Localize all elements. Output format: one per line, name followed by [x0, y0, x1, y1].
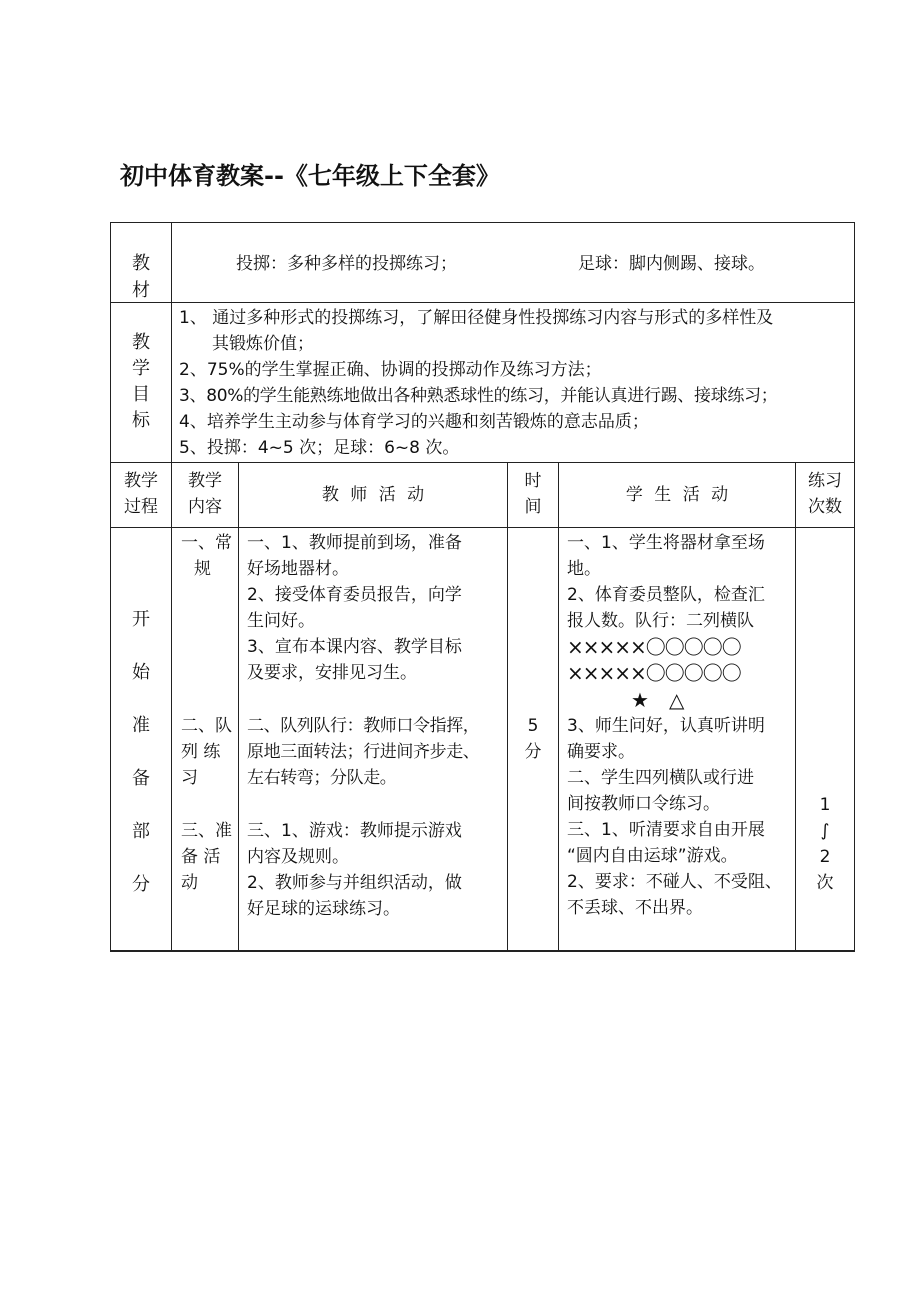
header-line: 教学 [111, 468, 171, 494]
material-throwing: 投掷：多种多样的投掷练习； [236, 251, 457, 277]
teacher-line: 三、1、游戏：教师提示游戏 [247, 818, 462, 844]
teacher-line: 一、1、教师提前到场，准备 [247, 530, 462, 556]
teacher-line: 2、教师参与并组织活动，做 [247, 870, 462, 896]
time-unit: 分 [508, 739, 558, 765]
objective-line-1b: 其锻炼价值； [212, 331, 314, 357]
practice-count: 1 ∫ 2 次 [796, 792, 854, 896]
count-line: ∫ [796, 818, 854, 844]
header-student-activity: 学 生 活 动 [559, 482, 795, 508]
student-line: 确要求。 [567, 739, 782, 765]
student-line: 3、师生问好，认真听讲明 [567, 713, 782, 739]
label-char: 部 [111, 805, 171, 858]
content-routine: 一、常 规 [181, 530, 232, 582]
header-content: 教学 内容 [172, 468, 238, 520]
teacher-line: 内容及规则。 [247, 844, 462, 870]
teacher-activity-warmup: 三、1、游戏：教师提示游戏 内容及规则。 2、教师参与并组织活动，做 好足球的运… [247, 818, 462, 922]
table-border [110, 950, 855, 952]
content-line: 二、队 [181, 713, 232, 739]
content-line: 动 [181, 870, 232, 896]
student-line: “圆内自由运球”游戏。 [567, 843, 782, 869]
student-line: 报人数。队行：二列横队 [567, 608, 765, 634]
header-line: 次数 [796, 494, 854, 520]
count-line: 次 [796, 870, 854, 896]
objectives-label: 教 学 目 标 [111, 330, 171, 434]
content-line: 规 [181, 556, 232, 582]
student-line: 2、要求：不碰人、不受阻、 [567, 869, 782, 895]
content-line: 习 [181, 765, 232, 791]
objective-line-1: 1、 通过多种形式的投掷练习，了解田径健身性投掷练习内容与形式的多样性及 [179, 305, 773, 331]
time-value: 5 分 [508, 713, 558, 765]
objective-line-5: 5、投掷：4~5 次；足球：6~8 次。 [179, 435, 459, 461]
header-line: 练习 [796, 468, 854, 494]
table-divider [238, 462, 239, 951]
table-divider [110, 527, 855, 528]
student-line: 2、体育委员整队，检查汇 [567, 582, 765, 608]
header-teacher-activity: 教 师 活 动 [239, 482, 507, 508]
page-title: 初中体育教案--《七年级上下全套》 [120, 156, 500, 191]
student-activity-cont: 3、师生问好，认真听讲明 确要求。 二、学生四列横队或行进 间按教师口令练习。 … [567, 713, 782, 921]
table-border [110, 222, 855, 223]
objective-line-2: 2、75%的学生掌握正确、协调的投掷动作及练习方法； [179, 357, 602, 383]
content-line: 备 活 [181, 844, 232, 870]
header-time: 时 间 [508, 468, 558, 520]
table-divider [110, 302, 855, 303]
count-line: 1 [796, 792, 854, 818]
teacher-line: 好足球的运球练习。 [247, 896, 462, 922]
student-line: 不丢球、不出界。 [567, 895, 782, 921]
label-char: 教 [111, 250, 171, 277]
process-label: 开 始 准 备 部 分 [111, 593, 171, 911]
teacher-activity: 一、1、教师提前到场，准备 好场地器材。 2、接受体育委员报告，向学 生问好。 … [247, 530, 462, 686]
label-char: 目 [111, 382, 171, 408]
teacher-line: 二、队列队行：教师口令指挥， [247, 713, 479, 739]
objective-line-3: 3、80%的学生能熟练地做出各种熟悉球性的练习，并能认真进行踢、接球练习； [179, 383, 778, 409]
teacher-line: 及要求，安排见习生。 [247, 660, 462, 686]
header-practice-count: 练习 次数 [796, 468, 854, 520]
triangle-icon: △ [669, 687, 684, 713]
teacher-line: 生问好。 [247, 608, 462, 634]
formation-row-2: ×××××〇〇〇〇〇 [567, 660, 741, 686]
table-divider [558, 462, 559, 951]
table-divider [171, 222, 172, 951]
header-process: 教学 过程 [111, 468, 171, 520]
star-icon: ★ [631, 687, 649, 713]
student-line: 地。 [567, 556, 765, 582]
label-char: 材 [111, 277, 171, 304]
table-border [854, 222, 855, 951]
material-label: 教 材 [111, 250, 171, 304]
label-char: 准 [111, 699, 171, 752]
objective-line-4: 4、培养学生主动参与体育学习的兴趣和刻苦锻炼的意志品质； [179, 409, 649, 435]
header-line: 教学 [172, 468, 238, 494]
label-char: 开 [111, 593, 171, 646]
table-divider [110, 462, 855, 463]
teacher-line: 3、宣布本课内容、教学目标 [247, 634, 462, 660]
label-char: 标 [111, 408, 171, 434]
teacher-line: 2、接受体育委员报告，向学 [247, 582, 462, 608]
table-divider [507, 462, 508, 951]
student-line: 一、1、学生将器材拿至场 [567, 530, 765, 556]
teacher-line: 原地三面转法；行进间齐步走、 [247, 739, 479, 765]
label-char: 教 [111, 330, 171, 356]
student-activity: 一、1、学生将器材拿至场 地。 2、体育委员整队，检查汇 报人数。队行：二列横队 [567, 530, 765, 634]
label-char: 分 [111, 858, 171, 911]
content-line: 列 练 [181, 739, 232, 765]
formation-row-1: ×××××〇〇〇〇〇 [567, 634, 741, 660]
header-line: 内容 [172, 494, 238, 520]
header-line: 过程 [111, 494, 171, 520]
student-line: 三、1、听清要求自由开展 [567, 817, 782, 843]
content-line: 一、常 [181, 530, 232, 556]
content-warmup: 三、准 备 活 动 [181, 818, 232, 896]
label-char: 备 [111, 752, 171, 805]
student-line: 间按教师口令练习。 [567, 791, 782, 817]
label-char: 始 [111, 646, 171, 699]
teacher-line: 好场地器材。 [247, 556, 462, 582]
time-number: 5 [508, 713, 558, 739]
content-line: 三、准 [181, 818, 232, 844]
student-line: 二、学生四列横队或行进 [567, 765, 782, 791]
header-line: 间 [508, 494, 558, 520]
header-line: 时 [508, 468, 558, 494]
material-football: 足球：脚内侧踢、接球。 [578, 251, 765, 277]
label-char: 学 [111, 356, 171, 382]
count-line: 2 [796, 844, 854, 870]
teacher-line: 左右转弯；分队走。 [247, 765, 479, 791]
content-drill: 二、队 列 练 习 [181, 713, 232, 791]
teacher-activity-drill: 二、队列队行：教师口令指挥， 原地三面转法；行进间齐步走、 左右转弯；分队走。 [247, 713, 479, 791]
